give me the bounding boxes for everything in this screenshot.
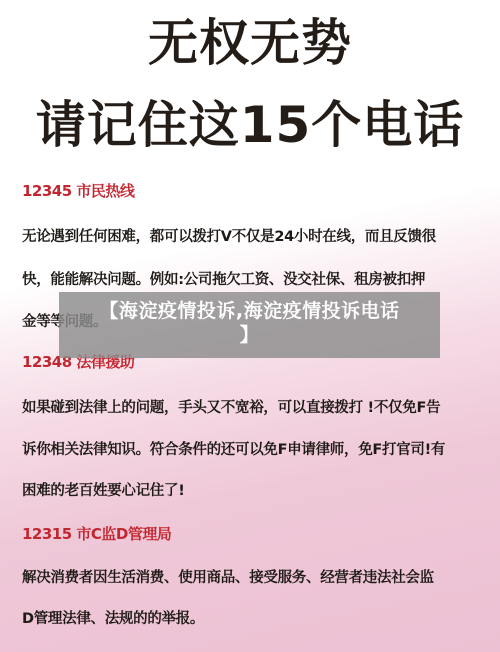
section-12345-line-2: 快，能能解决问题。例如:公司拖欠工资、没交社保、租房被扣押	[22, 270, 482, 290]
section-12315-line-2: D管理法律、法规的的举报。	[22, 609, 482, 629]
headline-line-1: 无权无势	[0, 8, 500, 78]
section-12348-line-1: 如果碰到法律上的问题，手头又不宽裕，可以直接拨打 !不仅免F告	[22, 398, 482, 418]
caption-line-1: 【海淀疫情投诉,海淀疫情投诉电话	[59, 299, 440, 323]
poster: 无权无势 请记住这15个电话 12345 市民热线 无论遇到任何困难，都可以拨打…	[0, 0, 500, 652]
section-12348-line-2: 诉你相关法律知识。符合条件的还可以免F申请律师，免F打官司!有	[22, 440, 482, 460]
section-title-12345: 12345 市民热线	[22, 181, 134, 201]
caption-overlay: 【海淀疫情投诉,海淀疫情投诉电话 】	[59, 292, 440, 358]
caption-line-2: 】	[59, 323, 440, 347]
section-12315-line-1: 解决消费者因生活消费、使用商品、接受服务、经营者违法社会监	[22, 568, 482, 588]
section-title-12315: 12315 市C监D管理局	[22, 524, 171, 544]
headline-line-2: 请记住这15个电话	[0, 90, 500, 160]
section-12348-line-3: 困难的老百姓要心记住了!	[22, 481, 482, 501]
section-12345-line-1: 无论遇到任何困难，都可以拨打V不仅是24小时在线，而且反馈很	[22, 227, 482, 247]
